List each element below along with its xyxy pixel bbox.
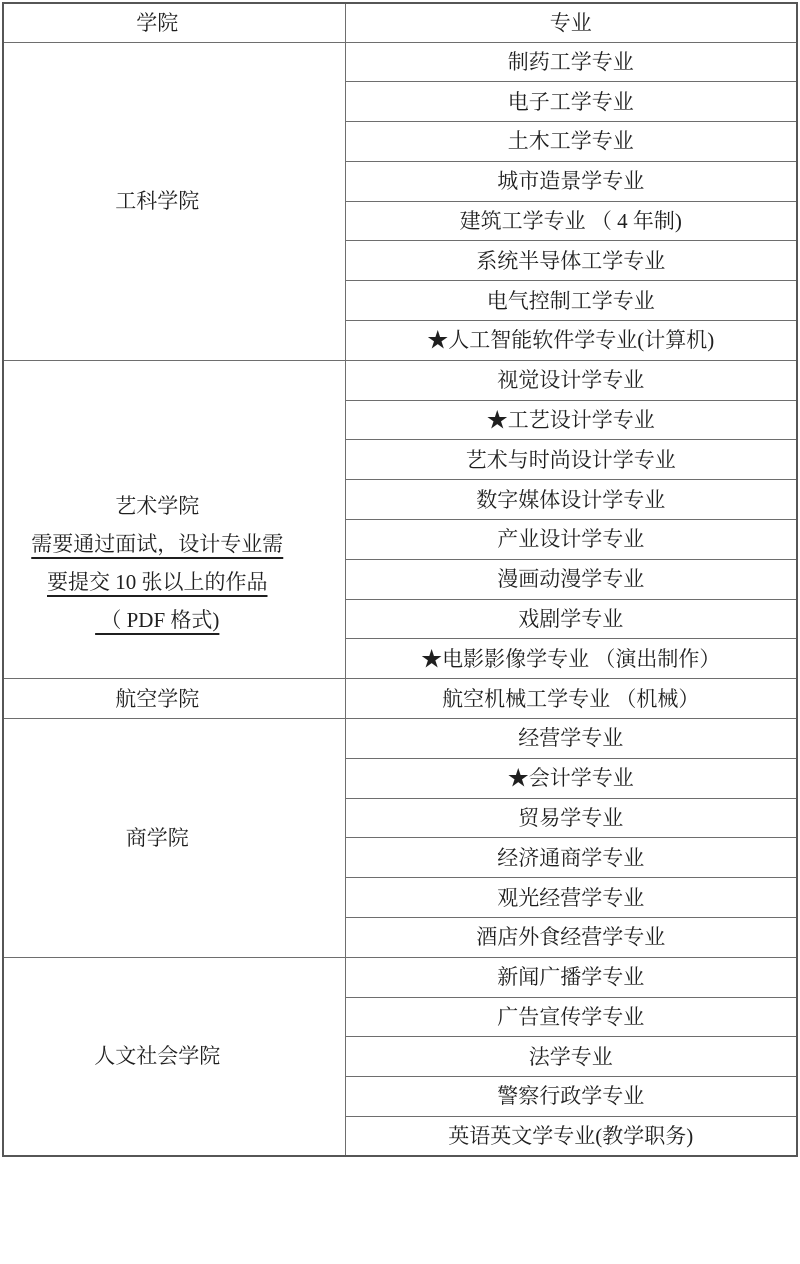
table-body: 工科学院制药工学专业电子工学专业土木工学专业城市造景学专业建筑工学专业 （ 4 … xyxy=(3,42,797,1156)
major-cell: 电气控制工学专业 xyxy=(345,281,797,321)
major-cell: 经济通商学专业 xyxy=(345,838,797,878)
major-cell: 城市造景学专业 xyxy=(345,161,797,201)
college-cell: 人文社会学院 xyxy=(3,957,345,1156)
table-row: 航空学院航空机械工学专业 （机械） xyxy=(3,679,797,719)
major-cell: 酒店外食经营学专业 xyxy=(345,918,797,958)
major-cell: 系统半导体工学专业 xyxy=(345,241,797,281)
college-note-line: 要提交 10 张以上的作品 xyxy=(4,563,311,601)
header-row: 学院 专业 xyxy=(3,3,797,42)
major-cell: 数字媒体设计学专业 xyxy=(345,480,797,520)
major-cell: 警察行政学专业 xyxy=(345,1077,797,1117)
table-row: 工科学院制药工学专业 xyxy=(3,42,797,82)
major-cell: 艺术与时尚设计学专业 xyxy=(345,440,797,480)
major-cell: ★工艺设计学专业 xyxy=(345,400,797,440)
major-cell: 电子工学专业 xyxy=(345,82,797,122)
college-name: 商学院 xyxy=(4,825,311,851)
college-cell-content: 艺术学院需要通过面试，设计专业需要提交 10 张以上的作品 （ PDF 格式) xyxy=(4,487,311,639)
major-cell: 观光经营学专业 xyxy=(345,878,797,918)
major-cell: 广告宣传学专业 xyxy=(345,997,797,1037)
major-cell: 建筑工学专业 （ 4 年制) xyxy=(345,201,797,241)
major-cell: 航空机械工学专业 （机械） xyxy=(345,679,797,719)
college-note-text: 要提交 10 张以上的作品 xyxy=(47,570,268,594)
table-row: 艺术学院需要通过面试，设计专业需要提交 10 张以上的作品 （ PDF 格式)视… xyxy=(3,360,797,400)
major-cell: 产业设计学专业 xyxy=(345,520,797,560)
major-cell: 土木工学专业 xyxy=(345,122,797,162)
major-cell: 经营学专业 xyxy=(345,719,797,759)
college-note-text: 需要通过面试，设计专业需 xyxy=(31,532,283,556)
college-cell: 航空学院 xyxy=(3,679,345,719)
college-cell: 商学院 xyxy=(3,719,345,958)
college-note-text: （ PDF 格式) xyxy=(95,608,219,632)
major-cell: 戏剧学专业 xyxy=(345,599,797,639)
major-column-header: 专业 xyxy=(345,3,797,42)
major-cell: 制药工学专业 xyxy=(345,42,797,82)
major-cell: ★会计学专业 xyxy=(345,758,797,798)
college-note-line: 需要通过面试，设计专业需 xyxy=(4,525,311,563)
college-name: 人文社会学院 xyxy=(4,1043,311,1069)
college-name: 航空学院 xyxy=(4,686,311,712)
college-cell: 艺术学院需要通过面试，设计专业需要提交 10 张以上的作品 （ PDF 格式) xyxy=(3,360,345,678)
college-cell: 工科学院 xyxy=(3,42,345,360)
major-cell: ★人工智能软件学专业(计算机) xyxy=(345,321,797,361)
major-cell: 漫画动漫学专业 xyxy=(345,559,797,599)
college-note-line: （ PDF 格式) xyxy=(4,601,311,639)
table-row: 商学院经营学专业 xyxy=(3,719,797,759)
major-cell: ★电影影像学专业 （演出制作） xyxy=(345,639,797,679)
college-name: 艺术学院 xyxy=(4,487,311,525)
major-cell: 法学专业 xyxy=(345,1037,797,1077)
college-name: 工科学院 xyxy=(4,188,311,214)
college-column-header: 学院 xyxy=(3,3,345,42)
major-cell: 英语英文学专业(教学职务) xyxy=(345,1117,797,1157)
table-row: 人文社会学院新闻广播学专业 xyxy=(3,957,797,997)
document-page: 学院 专业 工科学院制药工学专业电子工学专业土木工学专业城市造景学专业建筑工学专… xyxy=(0,0,800,1264)
major-cell: 新闻广播学专业 xyxy=(345,957,797,997)
college-majors-table: 学院 专业 工科学院制药工学专业电子工学专业土木工学专业城市造景学专业建筑工学专… xyxy=(2,2,798,1157)
major-cell: 视觉设计学专业 xyxy=(345,360,797,400)
major-cell: 贸易学专业 xyxy=(345,798,797,838)
